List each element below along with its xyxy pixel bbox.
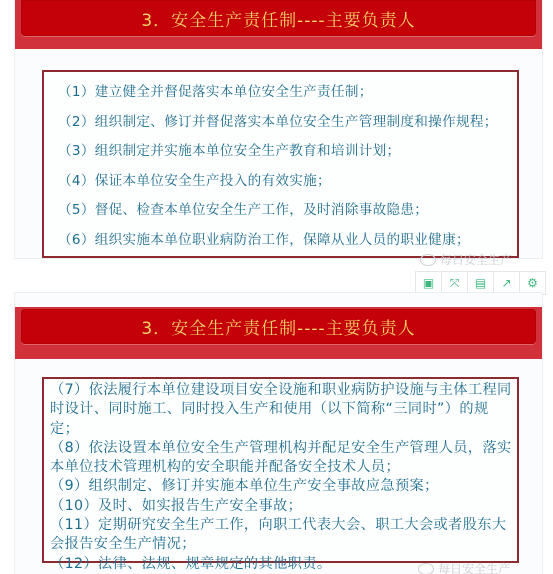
- share-icon[interactable]: ↗: [494, 272, 520, 294]
- list-item: （11）定期研究安全生产工作，向职工代表大会、职工大会或者股东大会报告安全生产情…: [50, 516, 513, 555]
- wechat-icon: [418, 563, 434, 574]
- section-title: 3．安全生产责任制----主要负责人: [21, 309, 536, 344]
- wechat-icon: [420, 254, 436, 266]
- section-panel-1: 3．安全生产责任制----主要负责人 （1）建立健全并督促落实本单位安全生产责任…: [14, 0, 543, 259]
- list-item: （2）组织制定、修订并督促落实本单位安全生产管理制度和操作规程；: [58, 108, 517, 138]
- list-item: （8）依法设置本单位安全生产管理机构并配足安全生产管理人员，落实本单位技术管理机…: [50, 439, 513, 478]
- settings-icon[interactable]: ⚙: [520, 272, 545, 294]
- list-item: （1）建立健全并督促落实本单位安全生产责任制；: [58, 78, 517, 108]
- save-icon[interactable]: ▤: [468, 272, 494, 294]
- responsibility-list: （1）建立健全并督促落实本单位安全生产责任制； （2）组织制定、修订并督促落实本…: [44, 72, 517, 256]
- save-image-icon[interactable]: ▣: [416, 272, 442, 294]
- watermark: 每日安全生产: [420, 251, 512, 268]
- watermark-text: 每日安全生产: [440, 251, 512, 268]
- list-item: （10）及时、如实报告生产安全事故；: [50, 497, 513, 516]
- header-band: 3．安全生产责任制----主要负责人: [15, 0, 542, 49]
- content-box: （1）建立健全并督促落实本单位安全生产责任制； （2）组织制定、修订并督促落实本…: [42, 70, 519, 258]
- watermark: 每日安全生产: [418, 560, 510, 574]
- header-band: 3．安全生产责任制----主要负责人: [15, 307, 542, 359]
- watermark-text: 每日安全生产: [438, 560, 510, 574]
- list-item: （7）依法履行本单位建设项目安全设施和职业病防护设施与主体工程同时设计、同时施工…: [50, 381, 513, 439]
- content-box: （7）依法履行本单位建设项目安全设施和职业病防护设施与主体工程同时设计、同时施工…: [42, 377, 519, 563]
- list-item: （9）组织制定、修订并实施本单位生产安全事故应急预案；: [50, 477, 513, 496]
- section-title: 3．安全生产责任制----主要负责人: [21, 0, 536, 36]
- list-item: （3）组织制定并实施本单位安全生产教育和培训计划；: [58, 137, 517, 167]
- section-panel-2: 3．安全生产责任制----主要负责人 （7）依法履行本单位建设项目安全设施和职业…: [14, 292, 543, 574]
- list-item: （4）保证本单位安全生产投入的有效实施；: [58, 167, 517, 197]
- fullscreen-icon[interactable]: ⤧: [442, 272, 468, 294]
- list-item: （5）督促、检查本单位安全生产工作，及时消除事故隐患；: [58, 196, 517, 226]
- responsibility-list: （7）依法履行本单位建设项目安全设施和职业病防护设施与主体工程同时设计、同时施工…: [44, 379, 517, 574]
